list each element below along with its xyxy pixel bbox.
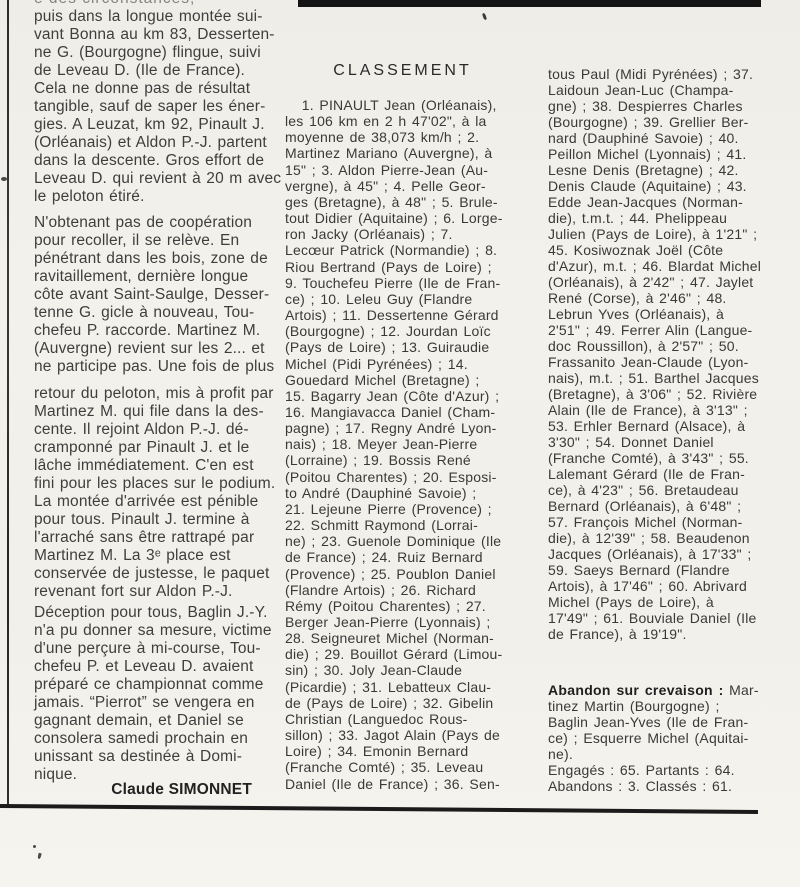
article-paragraph-4: Déception pour tous, Baglin J.-Y. n'a pu… (34, 604, 272, 784)
article-column: puis dans la longue montée sui- vant Bon… (34, 0, 256, 806)
classement-results-1-36: 1. PINAULT Jean (Orléanais), les 106 km … (285, 97, 503, 792)
results-column: tous Paul (Midi Pyrénées) ; 37. Laidoun … (548, 0, 788, 806)
classement-results-37-61: tous Paul (Midi Pyrénées) ; 37. Laidoun … (548, 66, 761, 642)
bottom-ink-mark (37, 853, 41, 860)
byline: Claude SIMONNET (34, 781, 252, 799)
abandon-text: Mar- tinez Martin (Bourgogne) ; Baglin J… (548, 682, 759, 794)
margin-ink-speck (1, 177, 7, 181)
classement-heading: CLASSEMENT (285, 62, 520, 80)
left-column-rule (7, 0, 9, 806)
abandon-label: Abandon sur crevaison : (548, 682, 724, 698)
bottom-ink-speck (33, 845, 36, 848)
article-paragraph-1: puis dans la longue montée sui- vant Bon… (34, 8, 281, 206)
classement-column: CLASSEMENT 1. PINAULT Jean (Orléanais), … (285, 0, 520, 806)
article-paragraph-2: N'obtenant pas de coopération pour recol… (34, 214, 274, 376)
newspaper-page: e des circonstances, puis dans la longue… (0, 0, 800, 887)
abandon-paragraph: Abandon sur crevaison : Mar- tinez Marti… (548, 682, 759, 794)
article-paragraph-3: retour du peloton, mis à profit par Mart… (34, 385, 275, 601)
